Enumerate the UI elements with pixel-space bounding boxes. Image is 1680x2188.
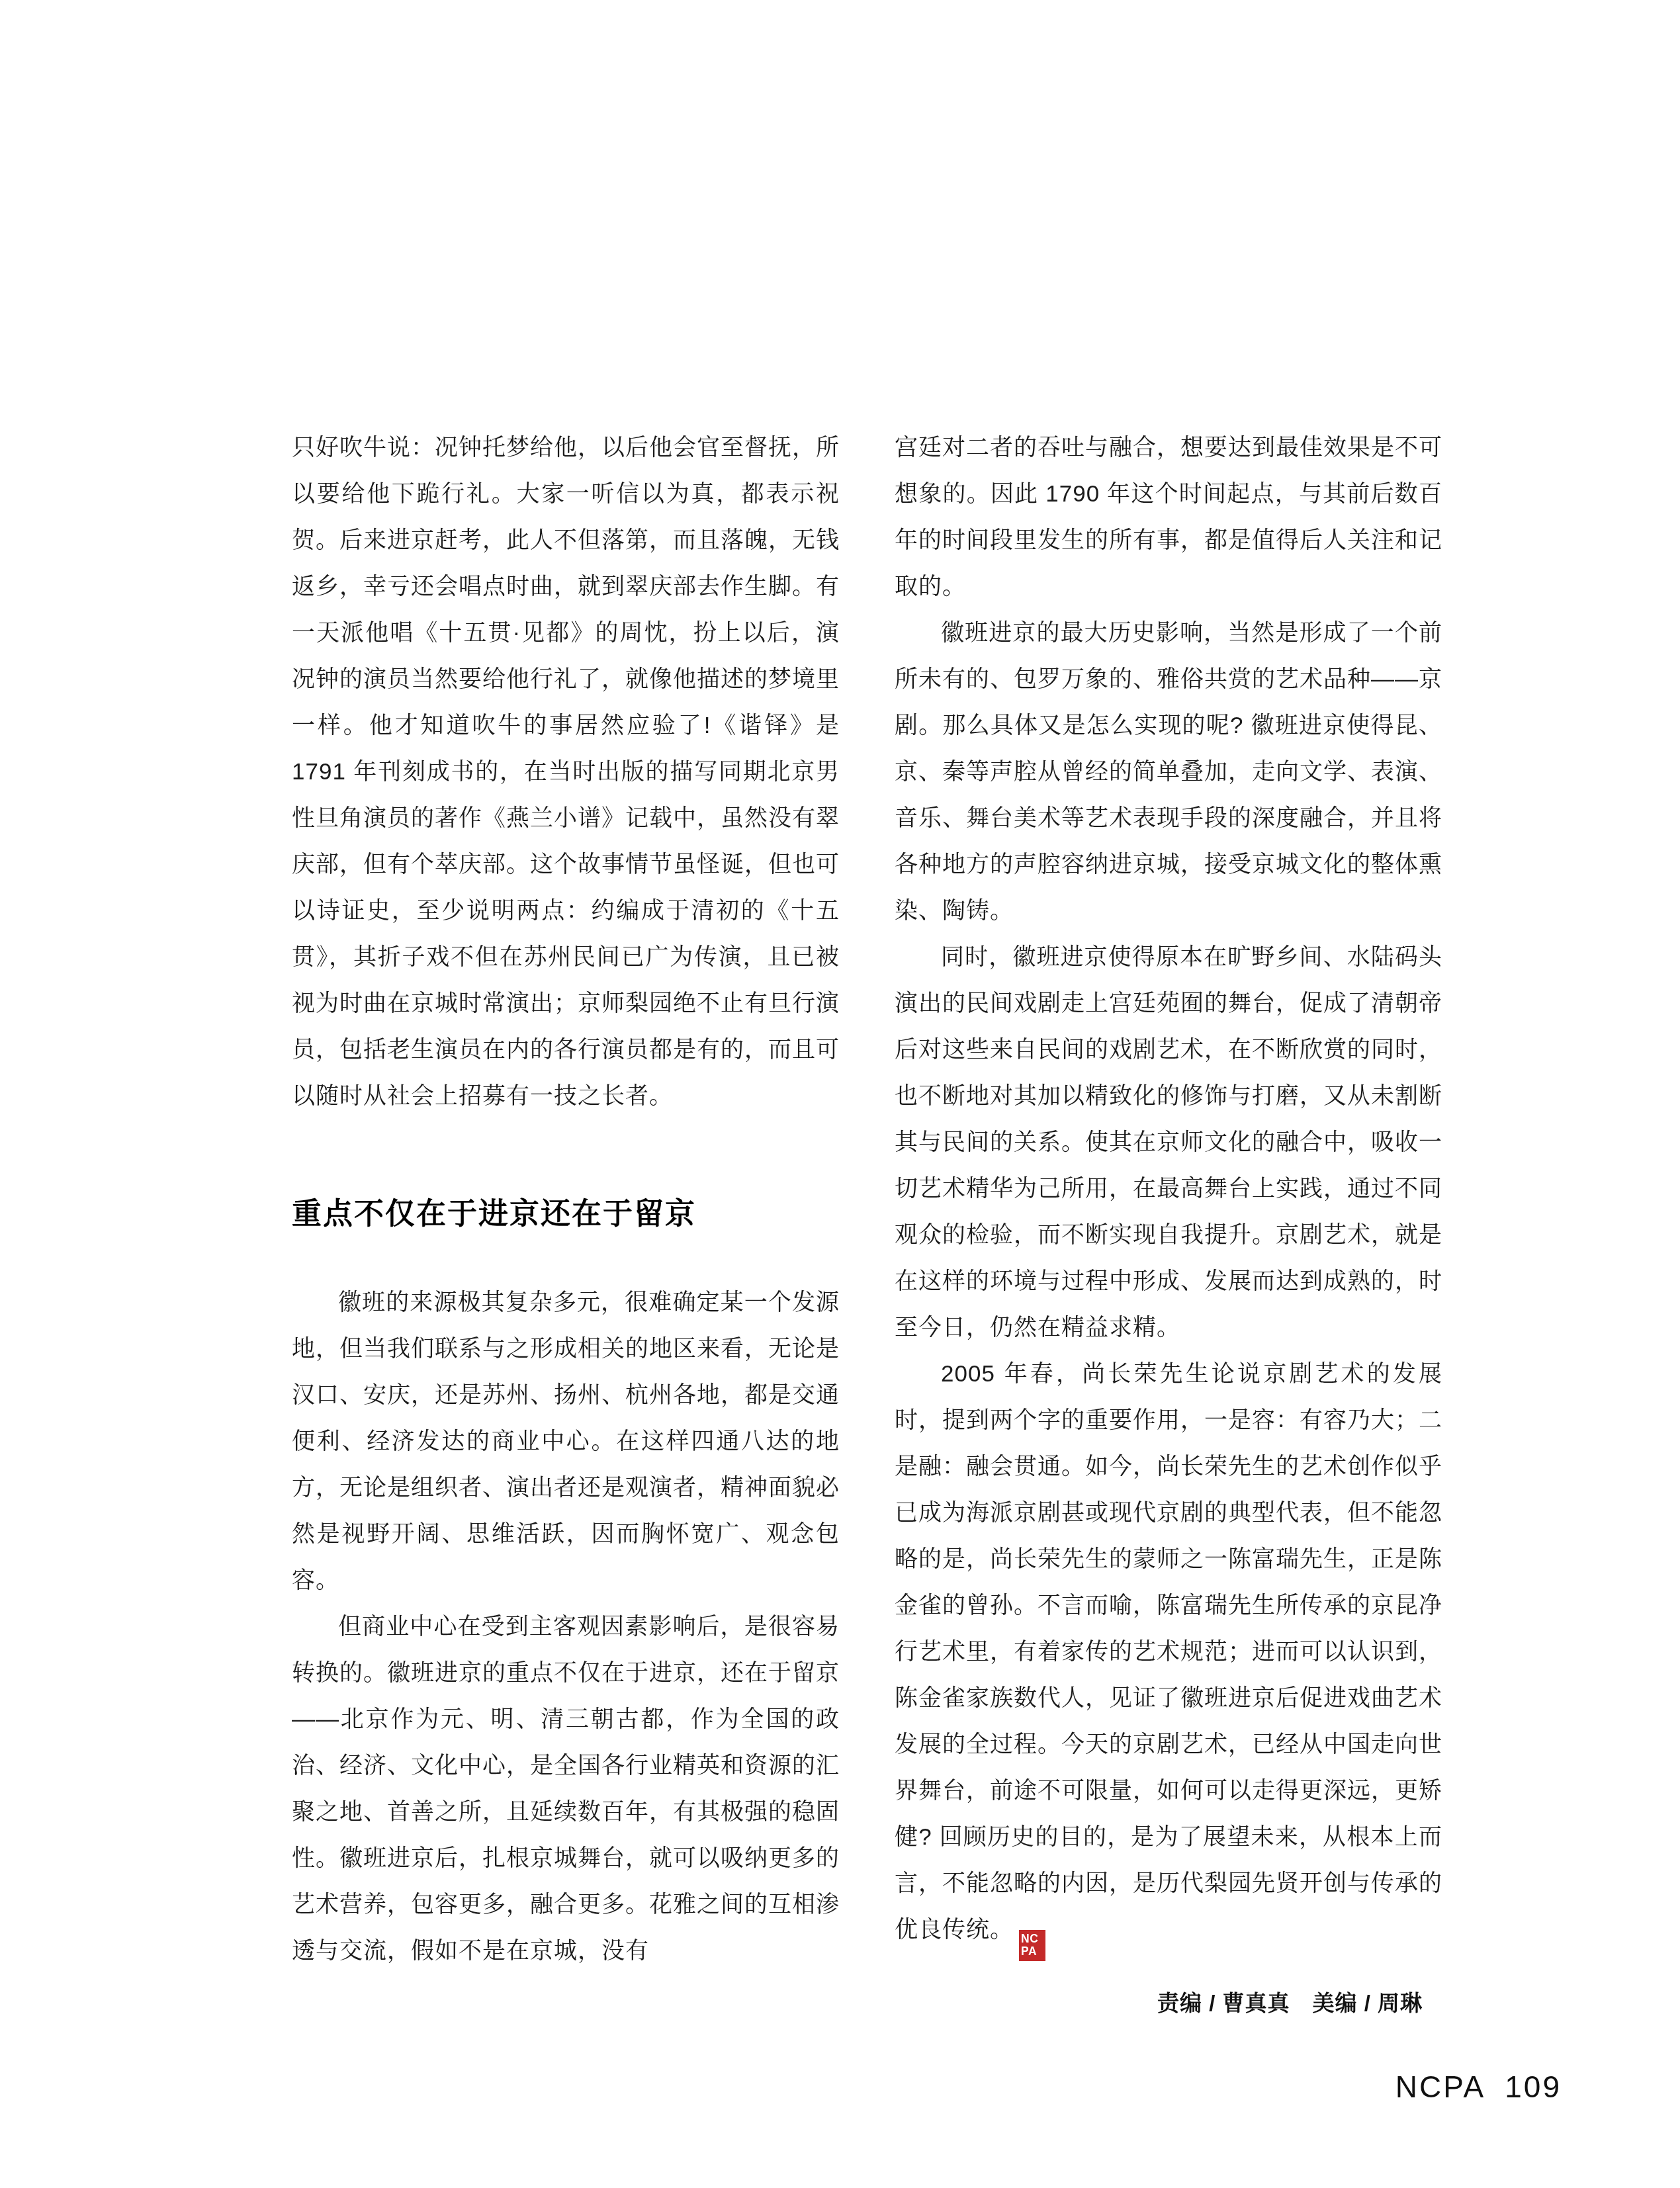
body-paragraph: 徽班进京的最大历史影响，当然是形成了一个前所未有的、包罗万象的、雅俗共赏的艺术品… (895, 610, 1442, 934)
left-text-column: 只好吹牛说：况钟托梦给他，以后他会官至督抚，所以要给他下跪行礼。大家一听信以为真… (292, 425, 840, 1974)
seal-line-2: PA (1021, 1945, 1043, 1958)
ncpa-end-seal-icon: NCPA (1019, 1930, 1045, 1961)
magazine-page: 只好吹牛说：况钟托梦给他，以后他会官至督抚，所以要给他下跪行礼。大家一听信以为真… (0, 0, 1680, 2188)
body-paragraph: 只好吹牛说：况钟托梦给他，以后他会官至督抚，所以要给他下跪行礼。大家一听信以为真… (292, 425, 840, 1119)
section-heading: 重点不仅在于进京还在于留京 (292, 1191, 840, 1237)
body-paragraph: 徽班的来源极其复杂多元，很难确定某一个发源地，但当我们联系与之形成相关的地区来看… (292, 1280, 840, 1604)
body-paragraph: 但商业中心在受到主客观因素影响后，是很容易转换的。徽班进京的重点不仅在于进京，还… (292, 1604, 840, 1974)
paragraph-text: 2005 年春，尚长荣先生论说京剧艺术的发展时，提到两个字的重要作用，一是容：有… (895, 1361, 1442, 1943)
seal-line-1: NC (1021, 1933, 1043, 1945)
body-paragraph: 2005 年春，尚长荣先生论说京剧艺术的发展时，提到两个字的重要作用，一是容：有… (895, 1351, 1442, 1961)
right-text-column: 宫廷对二者的吞吐与融合，想要达到最佳效果是不可想象的。因此 1790 年这个时间… (895, 425, 1442, 2022)
body-paragraph: 宫廷对二者的吞吐与融合，想要达到最佳效果是不可想象的。因此 1790 年这个时间… (895, 425, 1442, 610)
body-paragraph: 同时，徽班进京使得原本在旷野乡间、水陆码头演出的民间戏剧走上宫廷苑囿的舞台，促成… (895, 934, 1442, 1351)
page-number: NCPA 109 (1395, 2070, 1562, 2104)
editor-credits: 责编 / 曹真真 美编 / 周琳 (895, 1985, 1442, 2022)
